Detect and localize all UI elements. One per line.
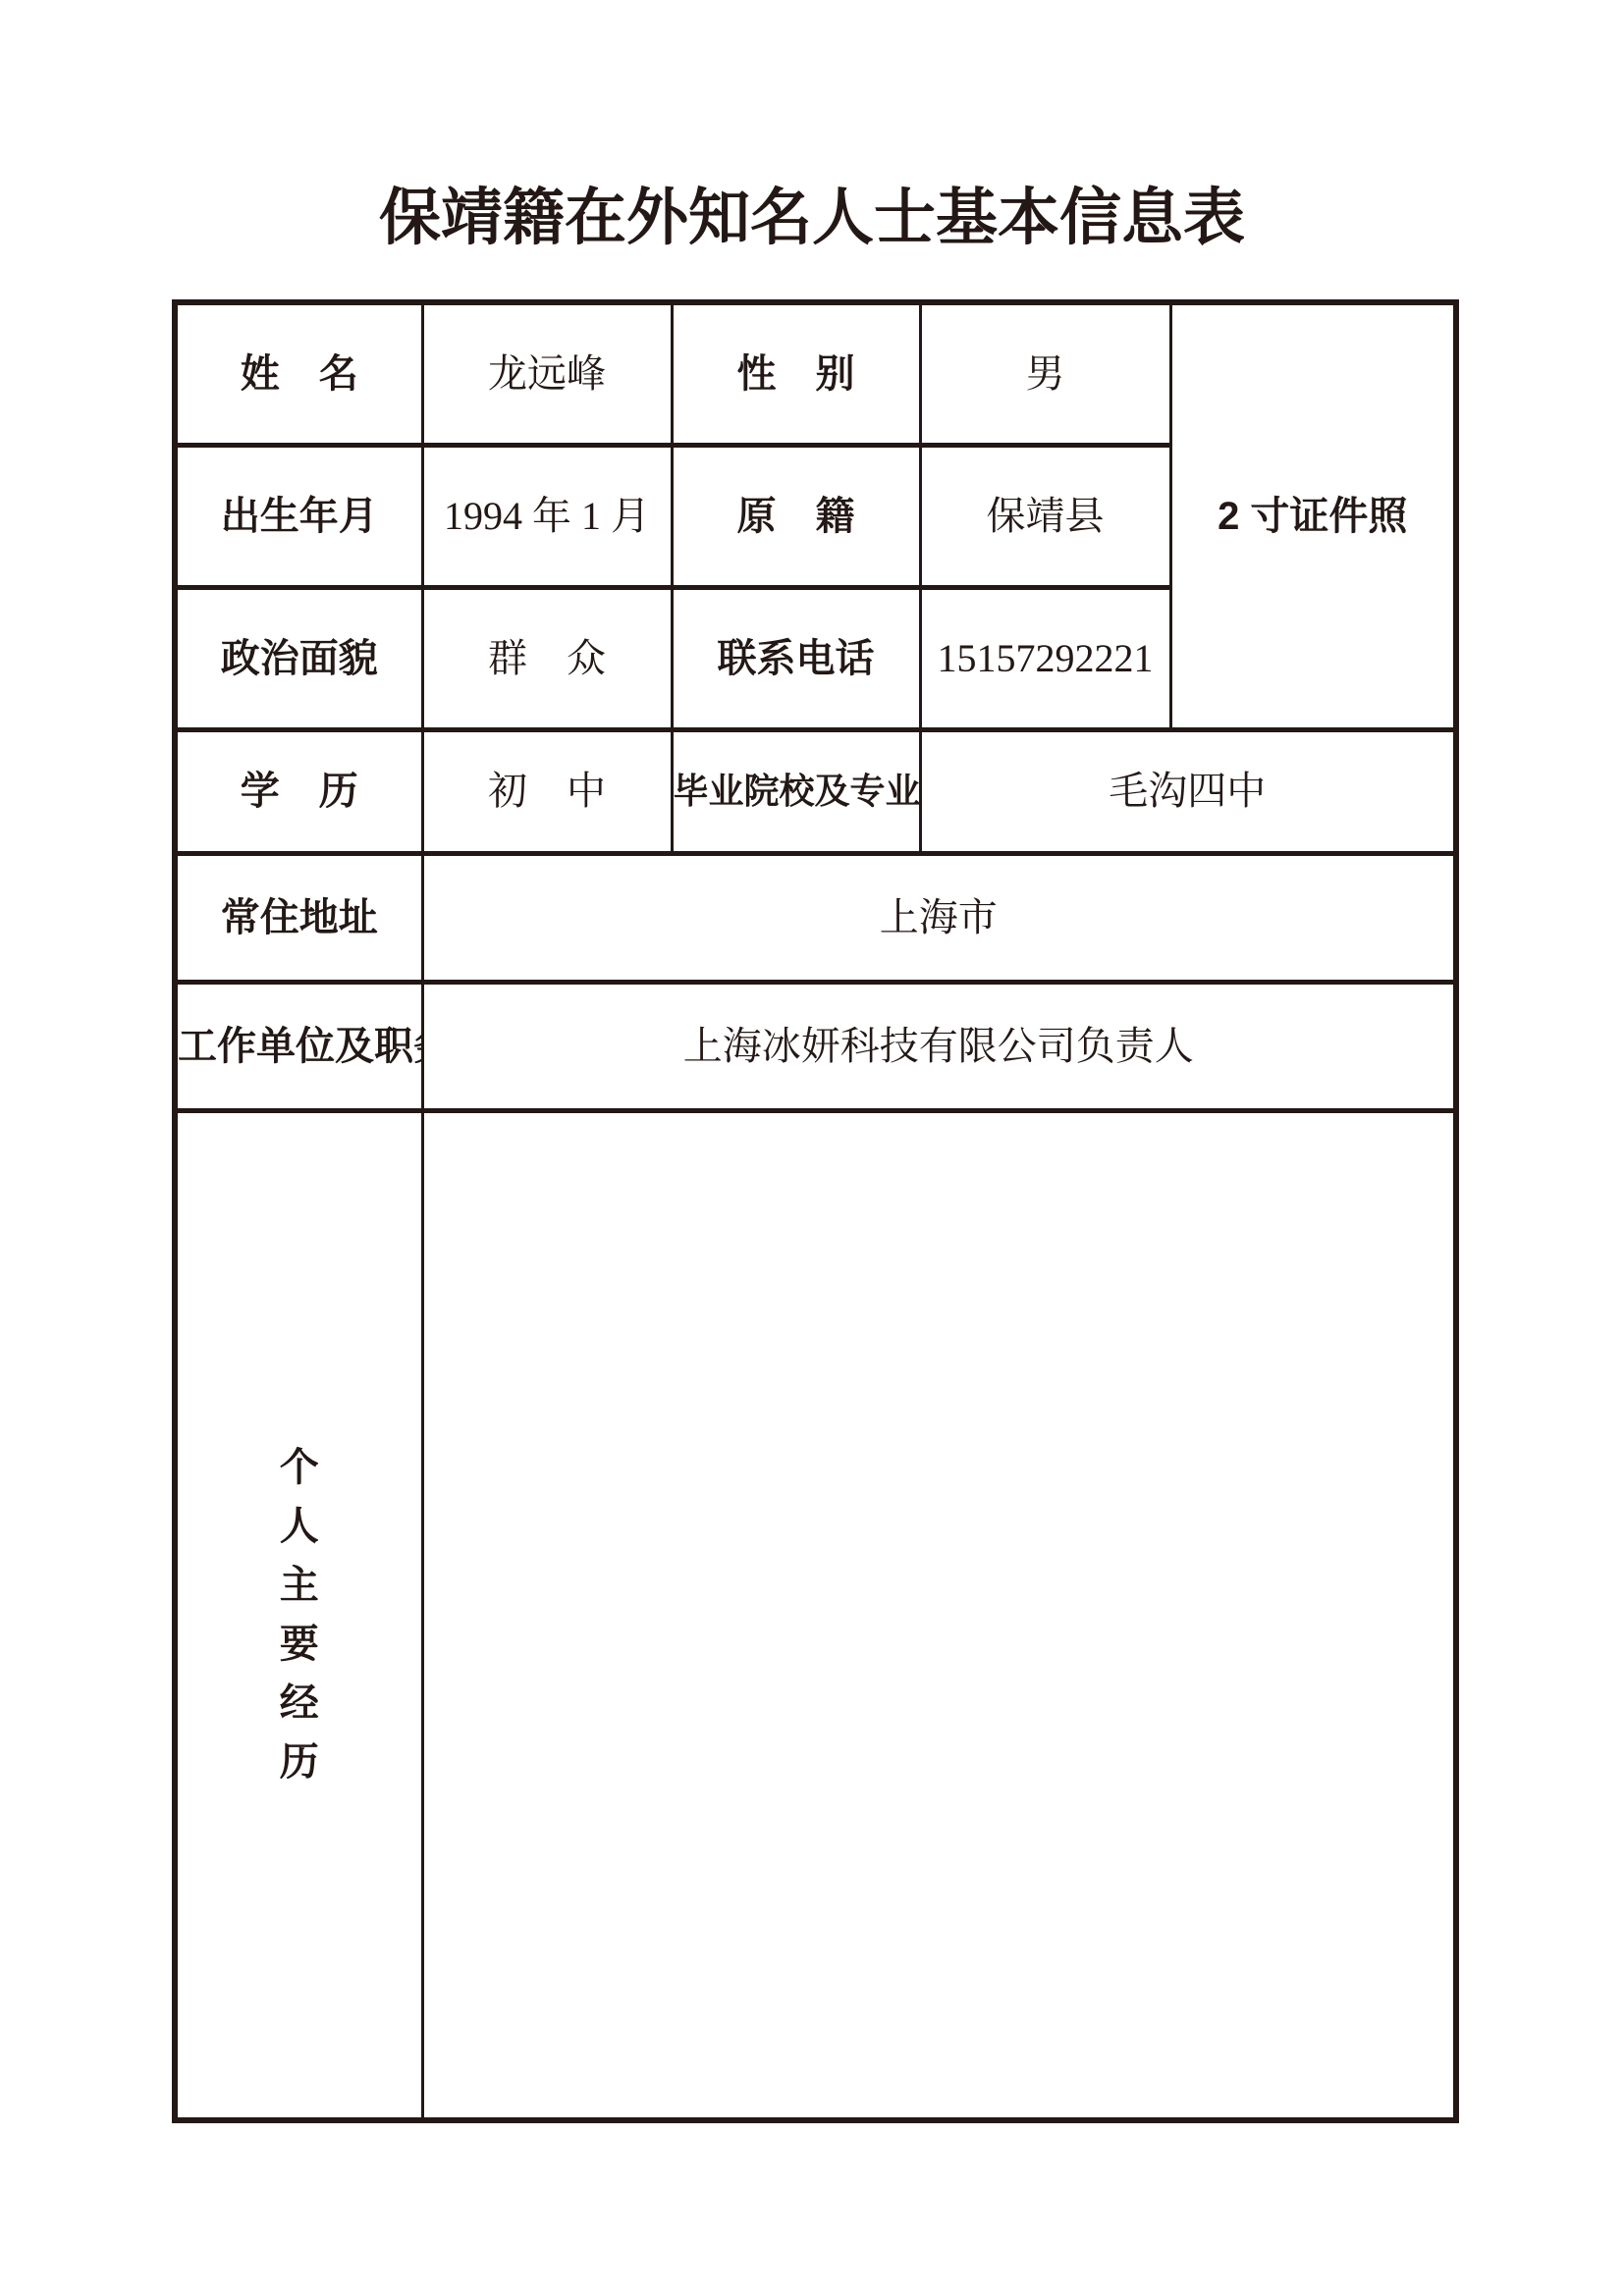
photo-label: 2 寸证件照 [1218, 495, 1407, 538]
phone-value-cell: 15157292221 [920, 587, 1170, 729]
school-label: 毕业院校及专业 [674, 771, 921, 811]
political-value-cell: 群 众 [422, 587, 672, 729]
address-label: 常住地址 [221, 896, 378, 939]
political-value: 群 众 [488, 636, 606, 680]
birth-label: 出生年月 [221, 495, 378, 538]
gender-label: 性 别 [737, 352, 855, 396]
row-education-school: 学 历 初 中 毕业院校及专业 毛沟四中 [175, 729, 1456, 853]
education-label-cell: 学 历 [175, 729, 422, 853]
phone-value: 15157292221 [938, 636, 1154, 680]
gender-value: 男 [1026, 351, 1065, 396]
gender-label-cell: 性 别 [672, 302, 920, 445]
experience-label-cell: 个 人 主 要 经 历 [175, 1110, 422, 2120]
row-name-gender: 姓 名 龙远峰 性 别 男 2 寸证件照 [175, 302, 1456, 445]
row-address: 常住地址 上海市 [175, 853, 1456, 982]
document-page: 保靖籍在外知名人士基本信息表 姓 名 龙远峰 性 别 男 2 寸证件照 [0, 0, 1624, 2296]
gender-value-cell: 男 [920, 302, 1170, 445]
political-label: 政治面貌 [221, 637, 378, 680]
work-value: 上海冰妍科技有限公司负责人 [683, 1024, 1194, 1068]
page-title: 保靖籍在外知名人士基本信息表 [0, 185, 1624, 252]
origin-value-cell: 保靖县 [920, 445, 1170, 587]
name-value: 龙远峰 [488, 351, 606, 396]
address-value-cell: 上海市 [422, 853, 1456, 982]
school-value-cell: 毛沟四中 [920, 729, 1456, 853]
experience-label: 个 人 主 要 经 历 [280, 1446, 319, 1784]
address-label-cell: 常住地址 [175, 853, 422, 982]
education-label: 学 历 [241, 770, 358, 813]
experience-value-cell [422, 1110, 1456, 2120]
photo-placeholder-cell: 2 寸证件照 [1170, 302, 1456, 729]
name-label-cell: 姓 名 [175, 302, 422, 445]
birth-value: 1994 年 1 月 [444, 494, 650, 538]
birth-label-cell: 出生年月 [175, 445, 422, 587]
row-work: 工作单位及职务 上海冰妍科技有限公司负责人 [175, 982, 1456, 1110]
name-label: 姓 名 [241, 352, 358, 396]
info-form-table: 姓 名 龙远峰 性 别 男 2 寸证件照 出生年月 1994 年 1 月 [172, 299, 1459, 2123]
work-label-cell: 工作单位及职务 [175, 982, 422, 1110]
address-value: 上海市 [880, 895, 998, 939]
birth-value-cell: 1994 年 1 月 [422, 445, 672, 587]
name-value-cell: 龙远峰 [422, 302, 672, 445]
phone-label: 联系电话 [718, 637, 875, 680]
origin-label: 原 籍 [737, 495, 855, 538]
education-value: 初 中 [488, 769, 606, 813]
political-label-cell: 政治面貌 [175, 587, 422, 729]
origin-label-cell: 原 籍 [672, 445, 920, 587]
work-label: 工作单位及职务 [178, 1025, 422, 1068]
school-label-cell: 毕业院校及专业 [672, 729, 920, 853]
phone-label-cell: 联系电话 [672, 587, 920, 729]
school-value: 毛沟四中 [1109, 769, 1266, 813]
origin-value: 保靖县 [987, 494, 1105, 538]
work-value-cell: 上海冰妍科技有限公司负责人 [422, 982, 1456, 1110]
education-value-cell: 初 中 [422, 729, 672, 853]
row-experience: 个 人 主 要 经 历 [175, 1110, 1456, 2120]
